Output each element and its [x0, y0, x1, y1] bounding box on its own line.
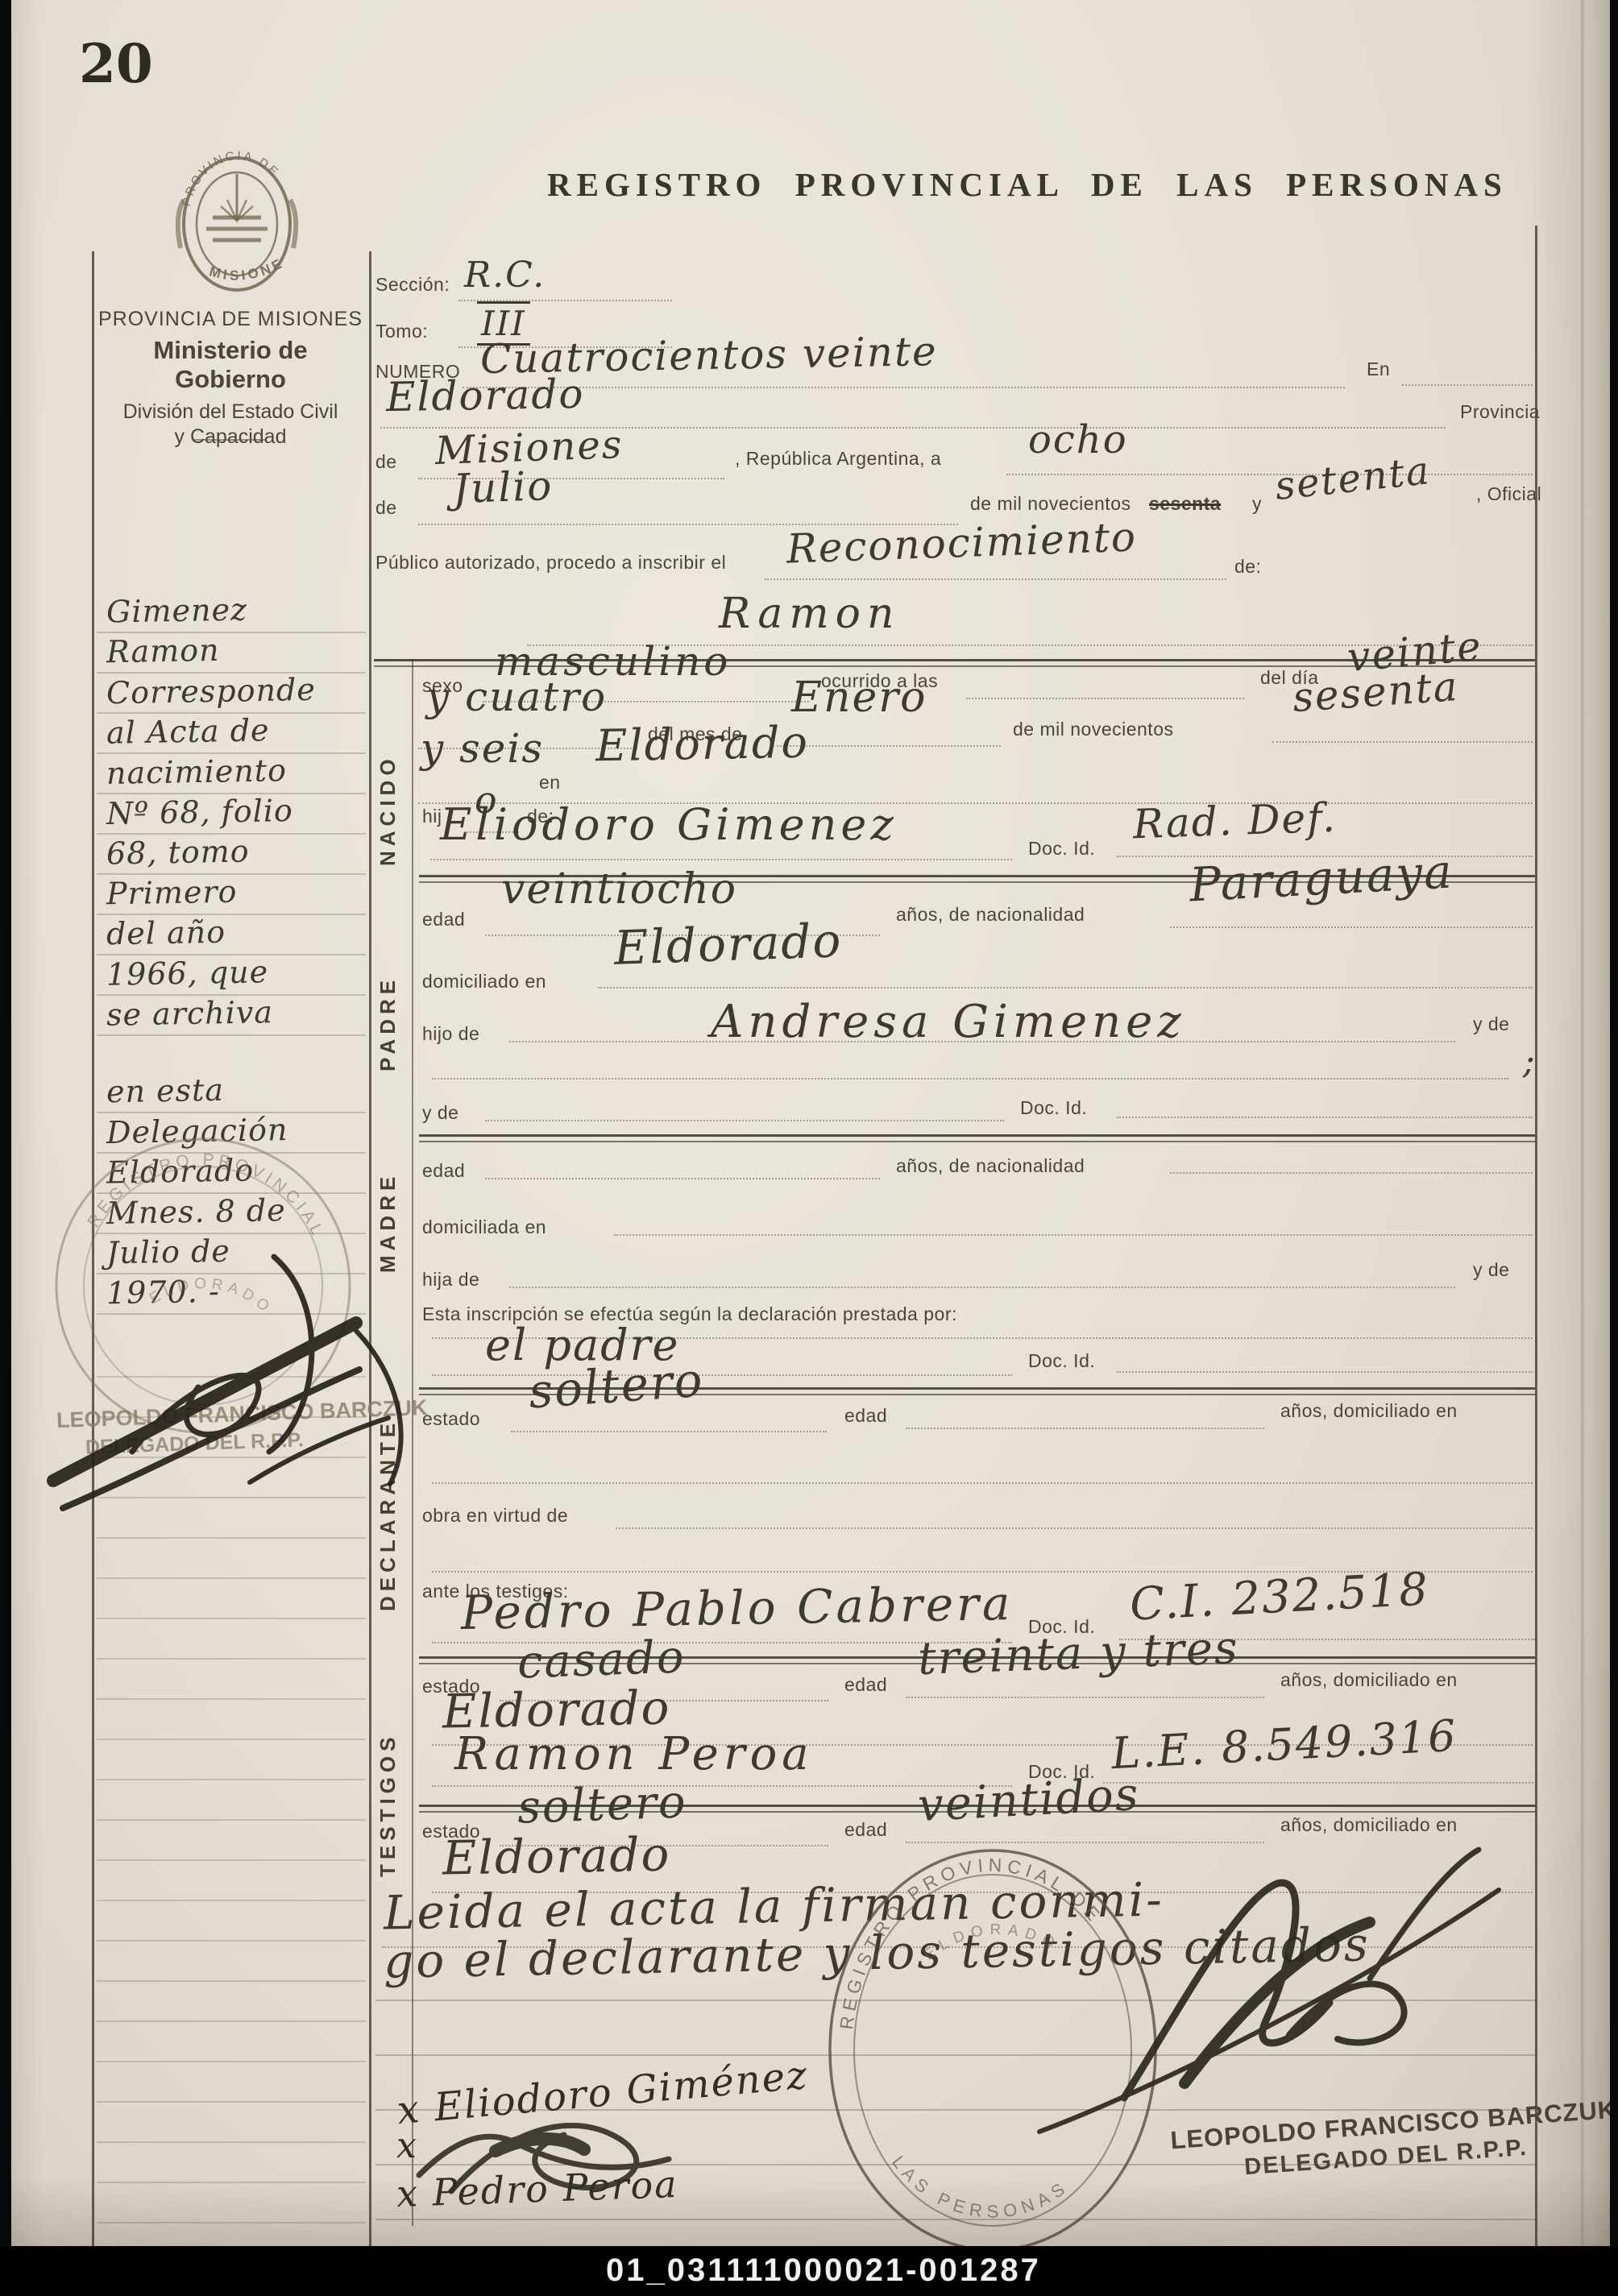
edad-testigo2-value: veintidos: [916, 1768, 1140, 1832]
margin-note-line: Primero: [106, 874, 238, 912]
ruled-line: [375, 2219, 1535, 2220]
domicilio-padre-value: Eldorado: [613, 913, 843, 976]
svg-text:MISIONES: MISIONES: [156, 143, 287, 284]
hijo-de-padre-label: hijo de: [422, 1023, 479, 1045]
tipo-inscripcion-value: Reconocimiento: [786, 513, 1138, 572]
tomo-label: Tomo:: [375, 321, 428, 342]
field-line: [1402, 384, 1533, 386]
y-de-madre-label-2: y de: [1473, 1259, 1509, 1281]
field-line: [1103, 1782, 1537, 1784]
y-de-madre-label: y de: [422, 1102, 458, 1124]
tachado-value: sesenta: [1149, 493, 1221, 515]
field-line: [432, 1078, 1508, 1080]
field-line: [432, 1374, 1012, 1376]
field-line: [463, 387, 1345, 388]
agency-division-1: División del Estado Civil: [95, 400, 366, 424]
margin-note-row: Gimenez: [97, 591, 366, 633]
estado-testigo2-value: soltero: [517, 1776, 688, 1834]
margin-note-row: al Acta de: [97, 712, 366, 754]
field-line: [616, 1527, 1533, 1529]
margin-note-line: Eldorado: [106, 1152, 255, 1190]
section-label-declarante: DECLARANTE: [375, 1419, 400, 1611]
y-de-padre-label: y de: [1473, 1013, 1509, 1035]
edad-testigo1-value: treinta y tres: [917, 1622, 1240, 1685]
obra-label: obra en virtud de: [422, 1505, 568, 1527]
margin-note-line: se archiva: [106, 994, 274, 1033]
novecientos-label: de mil novecientos: [970, 493, 1131, 515]
agency-ministry: Ministerio de Gobierno: [95, 336, 366, 394]
edad-testigo2-label: edad: [844, 1819, 887, 1841]
form-left-border: [369, 251, 371, 2246]
field-line: [765, 578, 1226, 580]
margin-note-row: 68, tomo: [97, 833, 366, 875]
margin-note-line: al Acta de: [106, 712, 270, 751]
seal-top-text: PROVINCIA DE: [180, 149, 282, 208]
section-label-testigos: TESTIGOS: [375, 1733, 400, 1877]
province-seal-icon: PROVINCIA DE MISIONES: [156, 143, 317, 329]
agency-province: PROVINCIA DE MISIONES: [95, 308, 366, 331]
oficial-label: , Oficial: [1476, 483, 1541, 505]
dia-value: ocho: [1028, 417, 1128, 462]
mes-value: Julio: [452, 462, 554, 512]
field-line: [1170, 1172, 1533, 1174]
scanned-civil-registry-page: { "page": { "number": "20", "scan_id": "…: [0, 0, 1618, 2296]
field-line: [1272, 741, 1533, 743]
padre-nombre-value: Eliodoro Gimenez: [440, 799, 898, 850]
field-line: [598, 987, 1533, 988]
margin-note-line: 1970. -: [106, 1274, 220, 1311]
testigo2-doc-value: L.E. 8.549.316: [1110, 1710, 1458, 1779]
margin-left-border: [92, 251, 94, 2246]
margin-note-row: se archiva: [97, 994, 366, 1036]
edad-padre-label: edad: [422, 909, 465, 930]
nacionalidad-padre-label: años, de nacionalidad: [896, 904, 1085, 926]
de-label-3: de:: [1234, 556, 1261, 578]
field-line: [1170, 926, 1533, 928]
margin-note-line: Nº 68, folio: [106, 793, 294, 831]
domicilio-testigo2-label: años, domiciliado en: [1280, 1814, 1458, 1836]
section-rule: [419, 1134, 1535, 1142]
section-label-divider: [412, 659, 413, 2226]
margin-note-line: Mnes. 8 de: [106, 1192, 286, 1231]
margin-ruled-lines: [97, 1337, 366, 2240]
provincia-label: Provincia: [1460, 401, 1540, 423]
anio-nacimiento-value-2: y seis: [421, 725, 544, 772]
field-line: [614, 1234, 1533, 1236]
doc-id-madre-label: Doc. Id.: [1020, 1097, 1087, 1119]
margin-note-line: Julio de: [106, 1233, 231, 1271]
field-line: [906, 1428, 1264, 1429]
firma-testigo2: x Pedro Peroa: [396, 2162, 678, 2215]
svg-text:LAS PERSONAS: LAS PERSONAS: [888, 2152, 1072, 2222]
field-line: [906, 1842, 1264, 1843]
domicilio-padre-label: domiciliado en: [422, 971, 546, 993]
edad-testigo1-label: edad: [844, 1674, 887, 1696]
field-line: [1117, 1117, 1533, 1118]
edad-madre-label: edad: [422, 1160, 465, 1182]
field-line: [432, 1482, 1533, 1484]
ruled-line: [375, 2000, 1535, 2001]
field-line: [485, 1178, 880, 1179]
nacionalidad-padre-value: Paraguaya: [1188, 843, 1454, 912]
margin-note-line: 68, tomo: [106, 833, 250, 871]
scan-id-bar: 01_031111000021-001287: [0, 2246, 1618, 2296]
firma-declarante: x Eliodoro Giménez: [396, 2053, 811, 2133]
field-line: [1006, 474, 1533, 475]
firma-testigo1-marca: x: [396, 2125, 418, 2166]
testigo1-nombre-value: Pedro Pablo Cabrera: [460, 1576, 1014, 1640]
document-paper: 20 REGISTRO PROVINCIAL DE LAS PERSONAS P…: [11, 0, 1610, 2246]
field-line: [966, 698, 1244, 699]
margin-note-row: Mnes. 8 de: [97, 1192, 366, 1234]
field-line: [1117, 1371, 1533, 1373]
oval-stamp-bottom-text: LAS PERSONAS: [888, 2152, 1072, 2222]
margin-note-row: Primero: [97, 873, 366, 915]
field-line: [511, 1431, 827, 1432]
domicilio-madre-label: domiciliada en: [422, 1216, 546, 1238]
dia-nacimiento-value-2: y cuatro: [426, 673, 607, 720]
margin-note-line: Ramon: [106, 632, 220, 669]
margin-note-line: en esta: [106, 1072, 225, 1110]
novecientos-nacido-label: de mil novecientos: [1013, 719, 1174, 740]
decada-value: setenta: [1273, 448, 1433, 509]
margin-note-row: Corresponde: [97, 672, 366, 714]
page-fold-crease: [1581, 0, 1585, 2246]
estado-declarante-label: estado: [422, 1408, 480, 1430]
y-label: y: [1252, 493, 1262, 515]
domicilio-declarante-label: años, domiciliado en: [1280, 1400, 1458, 1422]
lugar-value: Eldorado: [386, 371, 585, 421]
abuela-paterna-value: Andresa Gimenez: [711, 996, 1186, 1048]
field-line: [509, 1287, 1455, 1288]
margin-note-row: del año: [97, 914, 366, 955]
margin-note-line: Delegación: [106, 1112, 288, 1150]
form-right-border: [1535, 226, 1537, 2246]
margin-note-row: en esta: [97, 1071, 366, 1113]
hij-label: hij: [422, 806, 442, 827]
field-line: [485, 1120, 1004, 1121]
seal-bottom-text: MISIONES: [156, 143, 287, 284]
margin-note-line: nacimiento: [106, 752, 288, 791]
margin-note-row: Eldorado: [97, 1152, 366, 1194]
margin-note-line: Gimenez: [106, 591, 248, 629]
hija-de-label: hija de: [422, 1269, 479, 1291]
en-label: En: [1367, 358, 1390, 380]
puntuacion-value: ;: [1523, 1041, 1537, 1082]
margin-note-row: nacimiento: [97, 752, 366, 794]
ruled-line: [375, 2054, 1535, 2056]
testigo2-nombre-value: Ramon Peroa: [454, 1728, 814, 1780]
margin-note-line: 1966, que: [106, 954, 269, 993]
nacionalidad-madre-label: años, de nacionalidad: [896, 1155, 1085, 1177]
en-nacido-label: en: [539, 772, 561, 794]
inscripto-name-value: Ramon: [719, 590, 900, 638]
margin-note-row: Julio de: [97, 1233, 366, 1274]
testigo1-doc-value: C.I. 232.518: [1129, 1563, 1431, 1631]
section-label-padre: PADRE: [375, 976, 400, 1071]
doc-id-label-nacido: Doc. Id.: [1028, 838, 1095, 860]
edad-declarante-label: edad: [844, 1405, 887, 1427]
agency-block: PROVINCIA DE MISIONES Ministerio de Gobi…: [95, 308, 366, 449]
page-title: REGISTRO PROVINCIAL DE LAS PERSONAS: [547, 165, 1508, 204]
margin-note-row: 1966, que: [97, 954, 366, 996]
republica-label: , República Argentina, a: [735, 448, 941, 470]
section-label-nacido: NACIDO: [375, 754, 400, 866]
de-label-2: de: [375, 497, 397, 519]
scan-id-label: 01_031111000021-001287: [606, 2252, 1041, 2289]
field-line: [430, 859, 1012, 860]
margin-note-row: Nº 68, folio: [97, 793, 366, 835]
mes-nacimiento-value: Enero: [791, 673, 927, 722]
estado-declarante-value: soltero: [527, 1352, 706, 1419]
section-label-madre: MADRE: [375, 1172, 400, 1273]
agency-division-2: y Capacidad: [95, 425, 366, 449]
seccion-value: R.C.: [464, 255, 546, 296]
agency-divider: [193, 439, 267, 441]
domicilio-testigo2-value: Eldorado: [442, 1827, 670, 1886]
svg-text:PROVINCIA DE: PROVINCIA DE: [180, 149, 282, 208]
margin-note-row: Ramon: [97, 632, 366, 673]
field-line: [906, 1697, 1264, 1698]
lugar-nacimiento-value: Eldorado: [595, 717, 809, 772]
margin-note-line: del año: [106, 914, 226, 952]
doc-id-declarante-label: Doc. Id.: [1028, 1350, 1095, 1372]
padre-doc-value: Rad. Def.: [1132, 794, 1338, 848]
seccion-label: Sección:: [375, 274, 450, 296]
margin-note-line: Corresponde: [106, 672, 316, 711]
de-label-1: de: [375, 451, 397, 473]
publico-label: Público autorizado, procedo a inscribir …: [375, 552, 726, 574]
edad-padre-value: veintiocho: [501, 865, 737, 914]
margin-note-row: Delegación: [97, 1112, 366, 1154]
margin-note-row: 1970. -: [97, 1273, 366, 1315]
domicilio-testigo1-label: años, domiciliado en: [1280, 1669, 1458, 1691]
page-number: 20: [79, 32, 153, 95]
